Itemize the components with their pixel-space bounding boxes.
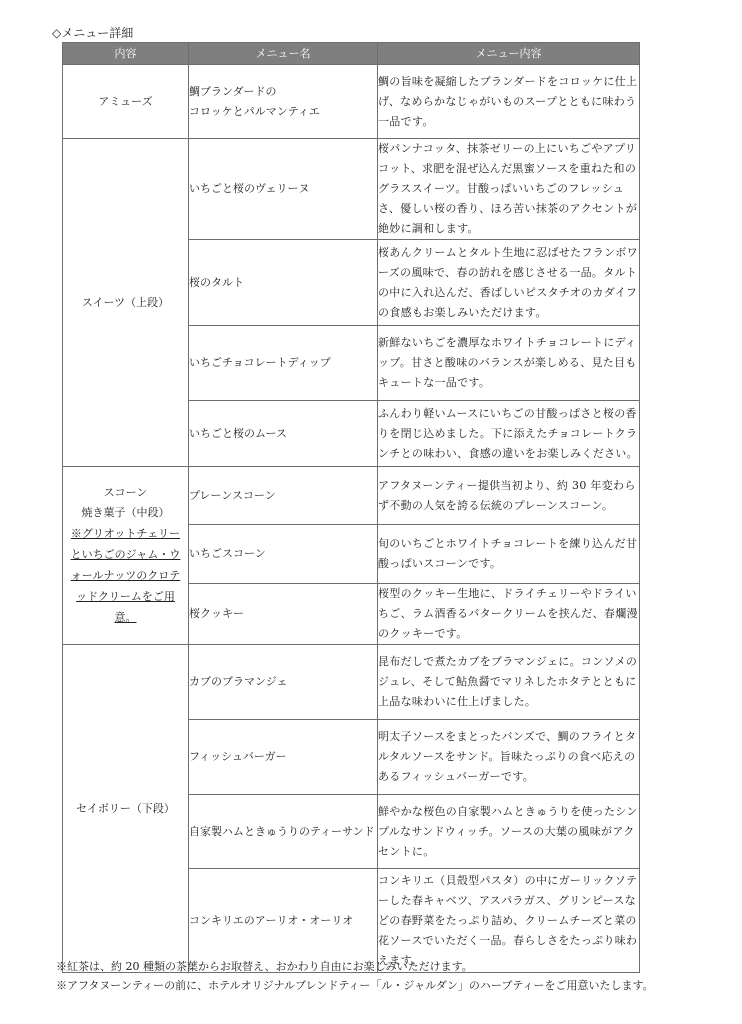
category-cell: スイーツ（上段） [63,139,189,467]
footnotes: ※紅茶は、約 20 種類の茶葉からお取替え、おかわり自由にお楽しみいただけます。… [56,957,654,995]
footnote-tea-refill: ※紅茶は、約 20 種類の茶葉からお取替え、おかわり自由にお楽しみいただけます。 [56,957,654,976]
menu-description-cell: 桜パンナコッタ、抹茶ゼリーの上にいちごやアプリコット、求肥を混ぜ込んだ黒蜜ソース… [378,139,640,240]
menu-description-cell: 鯛の旨味を凝縮したブランダードをコロッケに仕上げ、なめらかなじゃがいものスープと… [378,65,640,139]
menu-name-cell: 桜クッキー [189,584,378,645]
menu-description-cell: 明太子ソースをまとったバンズで、鯛のフライとタルタルソースをサンド。旨味たっぷり… [378,720,640,795]
menu-description-cell: ふんわり軽いムースにいちごの甘酸っぱさと桜の香りを閉じ込めました。下に添えたチョ… [378,401,640,467]
table-header-row: 内容 メニュー名 メニュー内容 [63,43,640,65]
menu-name-cell: いちごスコーン [189,525,378,584]
menu-name-cell: プレーンスコーン [189,467,378,525]
header-menu-name: メニュー名 [189,43,378,65]
category-cell: スコーン 焼き菓子（中段） ※グリオットチェリーといちごのジャム・ウォールナッツ… [63,467,189,645]
menu-description-cell: 桜型のクッキー生地に、ドライチェリーやドライいちご、ラム酒香るバタークリームを挟… [378,584,640,645]
menu-description-cell: アフタヌーンティー提供当初より、約 30 年変わらず不動の人気を誇る伝統のプレー… [378,467,640,525]
footnote-herbal-tea: ※アフタヌーンティーの前に、ホテルオリジナルブレンドティー「ル・ジャルダン」のハ… [56,976,654,995]
menu-description-cell: 昆布だしで煮たカブをブラマンジェに。コンソメのジュレ、そして鮎魚醤でマリネしたホ… [378,645,640,720]
menu-description-cell: 桜あんクリームとタルト生地に忍ばせたフランボワーズの風味で、春の訪れを感じさせる… [378,240,640,326]
menu-name-cell: 自家製ハムときゅうりのティーサンド [189,795,378,869]
category-subtitle: 焼き菓子（中段） [63,503,188,523]
category-note: ※グリオットチェリーといちごのジャム・ウォールナッツのクロテッドクリームをご用意… [63,523,188,628]
menu-name-cell: いちごと桜のヴェリーヌ [189,139,378,240]
menu-name-cell: 鯛ブランダードの コロッケとパルマンティエ [189,65,378,139]
section-title: ◇メニュー詳細 [52,26,133,40]
table-row: セイボリー（下段） カブのブラマンジェ 昆布だしで煮たカブをブラマンジェに。コン… [63,645,640,720]
menu-description-cell: 新鮮ないちごを濃厚なホワイトチョコレートにディップ。甘さと酸味のバランスが楽しめ… [378,326,640,401]
menu-name-line: 鯛ブランダードの [189,82,377,102]
table-row: スイーツ（上段） いちごと桜のヴェリーヌ 桜パンナコッタ、抹茶ゼリーの上にいちご… [63,139,640,240]
menu-name-cell: カブのブラマンジェ [189,645,378,720]
menu-name-cell: いちごと桜のムース [189,401,378,467]
menu-name-cell: フィッシュバーガー [189,720,378,795]
category-title: スコーン [63,483,188,503]
menu-description-cell: 旬のいちごとホワイトチョコレートを練り込んだ甘酸っぱいスコーンです。 [378,525,640,584]
table-row: アミューズ 鯛ブランダードの コロッケとパルマンティエ 鯛の旨味を凝縮したブラン… [63,65,640,139]
menu-name-cell: 桜のタルト [189,240,378,326]
header-menu-description: メニュー内容 [378,43,640,65]
menu-detail-table: 内容 メニュー名 メニュー内容 アミューズ 鯛ブランダードの コロッケとパルマン… [62,42,640,973]
category-cell: アミューズ [63,65,189,139]
menu-name-cell: いちごチョコレートディップ [189,326,378,401]
table-row: スコーン 焼き菓子（中段） ※グリオットチェリーといちごのジャム・ウォールナッツ… [63,467,640,525]
menu-name-line: コロッケとパルマンティエ [189,102,377,122]
menu-description-cell: 鮮やかな桜色の自家製ハムときゅうりを使ったシンプルなサンドウィッチ。ソースの大葉… [378,795,640,869]
category-cell: セイボリー（下段） [63,645,189,973]
header-category: 内容 [63,43,189,65]
